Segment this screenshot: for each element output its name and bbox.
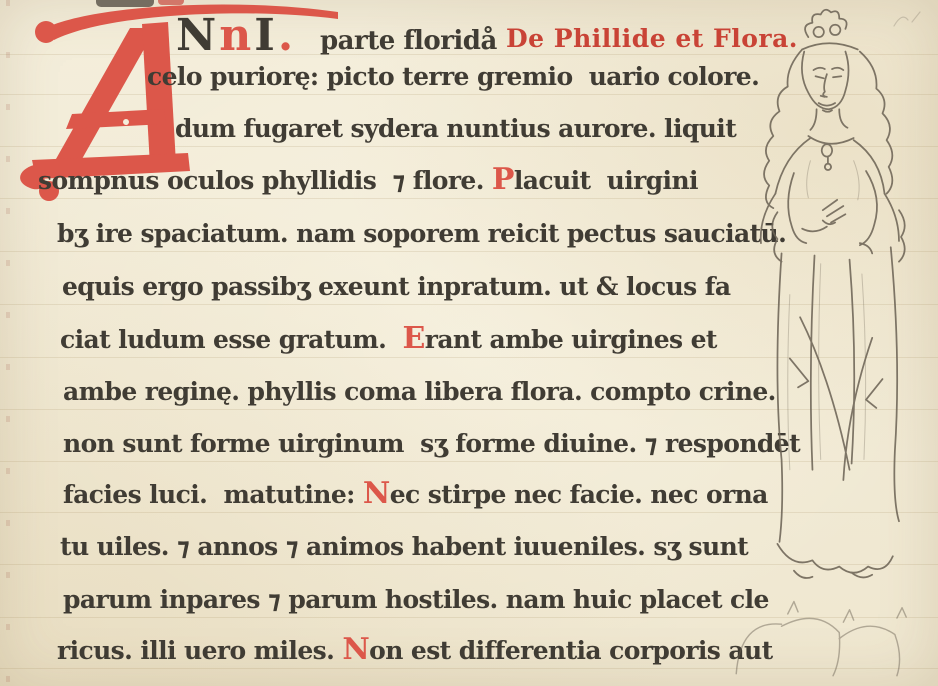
figure-body: [761, 109, 899, 578]
text-segment: tu uiles. ⁊ annos ⁊ animos habent iuueni…: [60, 532, 748, 561]
manuscript-line: facies luci. matutine: Nec stirpe nec fa…: [63, 482, 768, 507]
manuscript-line: equis ergo passibʒ exeunt inpratum. ut &…: [62, 274, 731, 299]
red-versal-letter: E: [402, 321, 424, 356]
figure-face: [802, 52, 849, 112]
text-segment: facies luci. matutine:: [63, 480, 363, 509]
text-segment: ambe reginę. phyllis coma libera flora. …: [63, 377, 776, 406]
text-segment: parum inpares ⁊ parum hostiles. nam huic…: [63, 585, 769, 614]
red-versal-letter: P: [492, 162, 514, 197]
manuscript-line: non sunt forme uirginum sʒ forme diuine.…: [63, 431, 800, 456]
figure-hair: [764, 49, 905, 261]
text-segment: dum fugaret sydera nuntius aurore. liqui…: [175, 114, 736, 143]
manuscript-line: tu uiles. ⁊ annos ⁊ animos habent iuueni…: [60, 534, 748, 559]
text-segment: celo puriorę: picto terre gremio uario c…: [147, 62, 759, 91]
maiden-figure-drawing: [728, 6, 934, 678]
red-versal-letter: N: [342, 632, 369, 667]
manuscript-line: celo puriorę: picto terre gremio uario c…: [147, 64, 759, 89]
text-segment: sompnus oculos phyllidis ⁊ flore.: [38, 166, 492, 195]
text-segment: bʒ ire spaciatum. nam soporem reicit pec…: [57, 219, 786, 248]
text-segment: on est differentia corporis aut: [369, 636, 772, 665]
manuscript-line: ambe reginę. phyllis coma libera flora. …: [63, 379, 776, 404]
manuscript-line: sompnus oculos phyllidis ⁊ flore. Placui…: [38, 168, 698, 193]
text-segment: ricus. illi uero miles.: [57, 636, 342, 665]
text-segment: ec stirpe nec facie. nec orna: [390, 480, 768, 509]
text-segment: equis ergo passibʒ exeunt inpratum. ut &…: [62, 272, 731, 301]
manuscript-line: parum inpares ⁊ parum hostiles. nam huic…: [63, 587, 769, 612]
text-segment: ciat ludum esse gratum.: [60, 325, 402, 354]
text-segment: non sunt forme uirginum sʒ forme diuine.…: [63, 429, 800, 458]
text-segment: lacuit uirgini: [514, 166, 698, 195]
manuscript-line: dum fugaret sydera nuntius aurore. liqui…: [175, 116, 736, 141]
manuscript-line: ricus. illi uero miles. Non est differen…: [57, 638, 773, 663]
manuscript-line: bʒ ire spaciatum. nam soporem reicit pec…: [57, 221, 786, 246]
red-versal-letter: N: [363, 476, 390, 511]
figure-ground-mounds: [736, 602, 906, 676]
text-segment: rant ambe uirgines et: [425, 325, 717, 354]
manuscript-page: NnI. parte floridå De Phillide et Flora.…: [0, 0, 938, 686]
manuscript-line: ciat ludum esse gratum. Erant ambe uirgi…: [60, 327, 717, 352]
figure-wreath: [802, 10, 858, 50]
